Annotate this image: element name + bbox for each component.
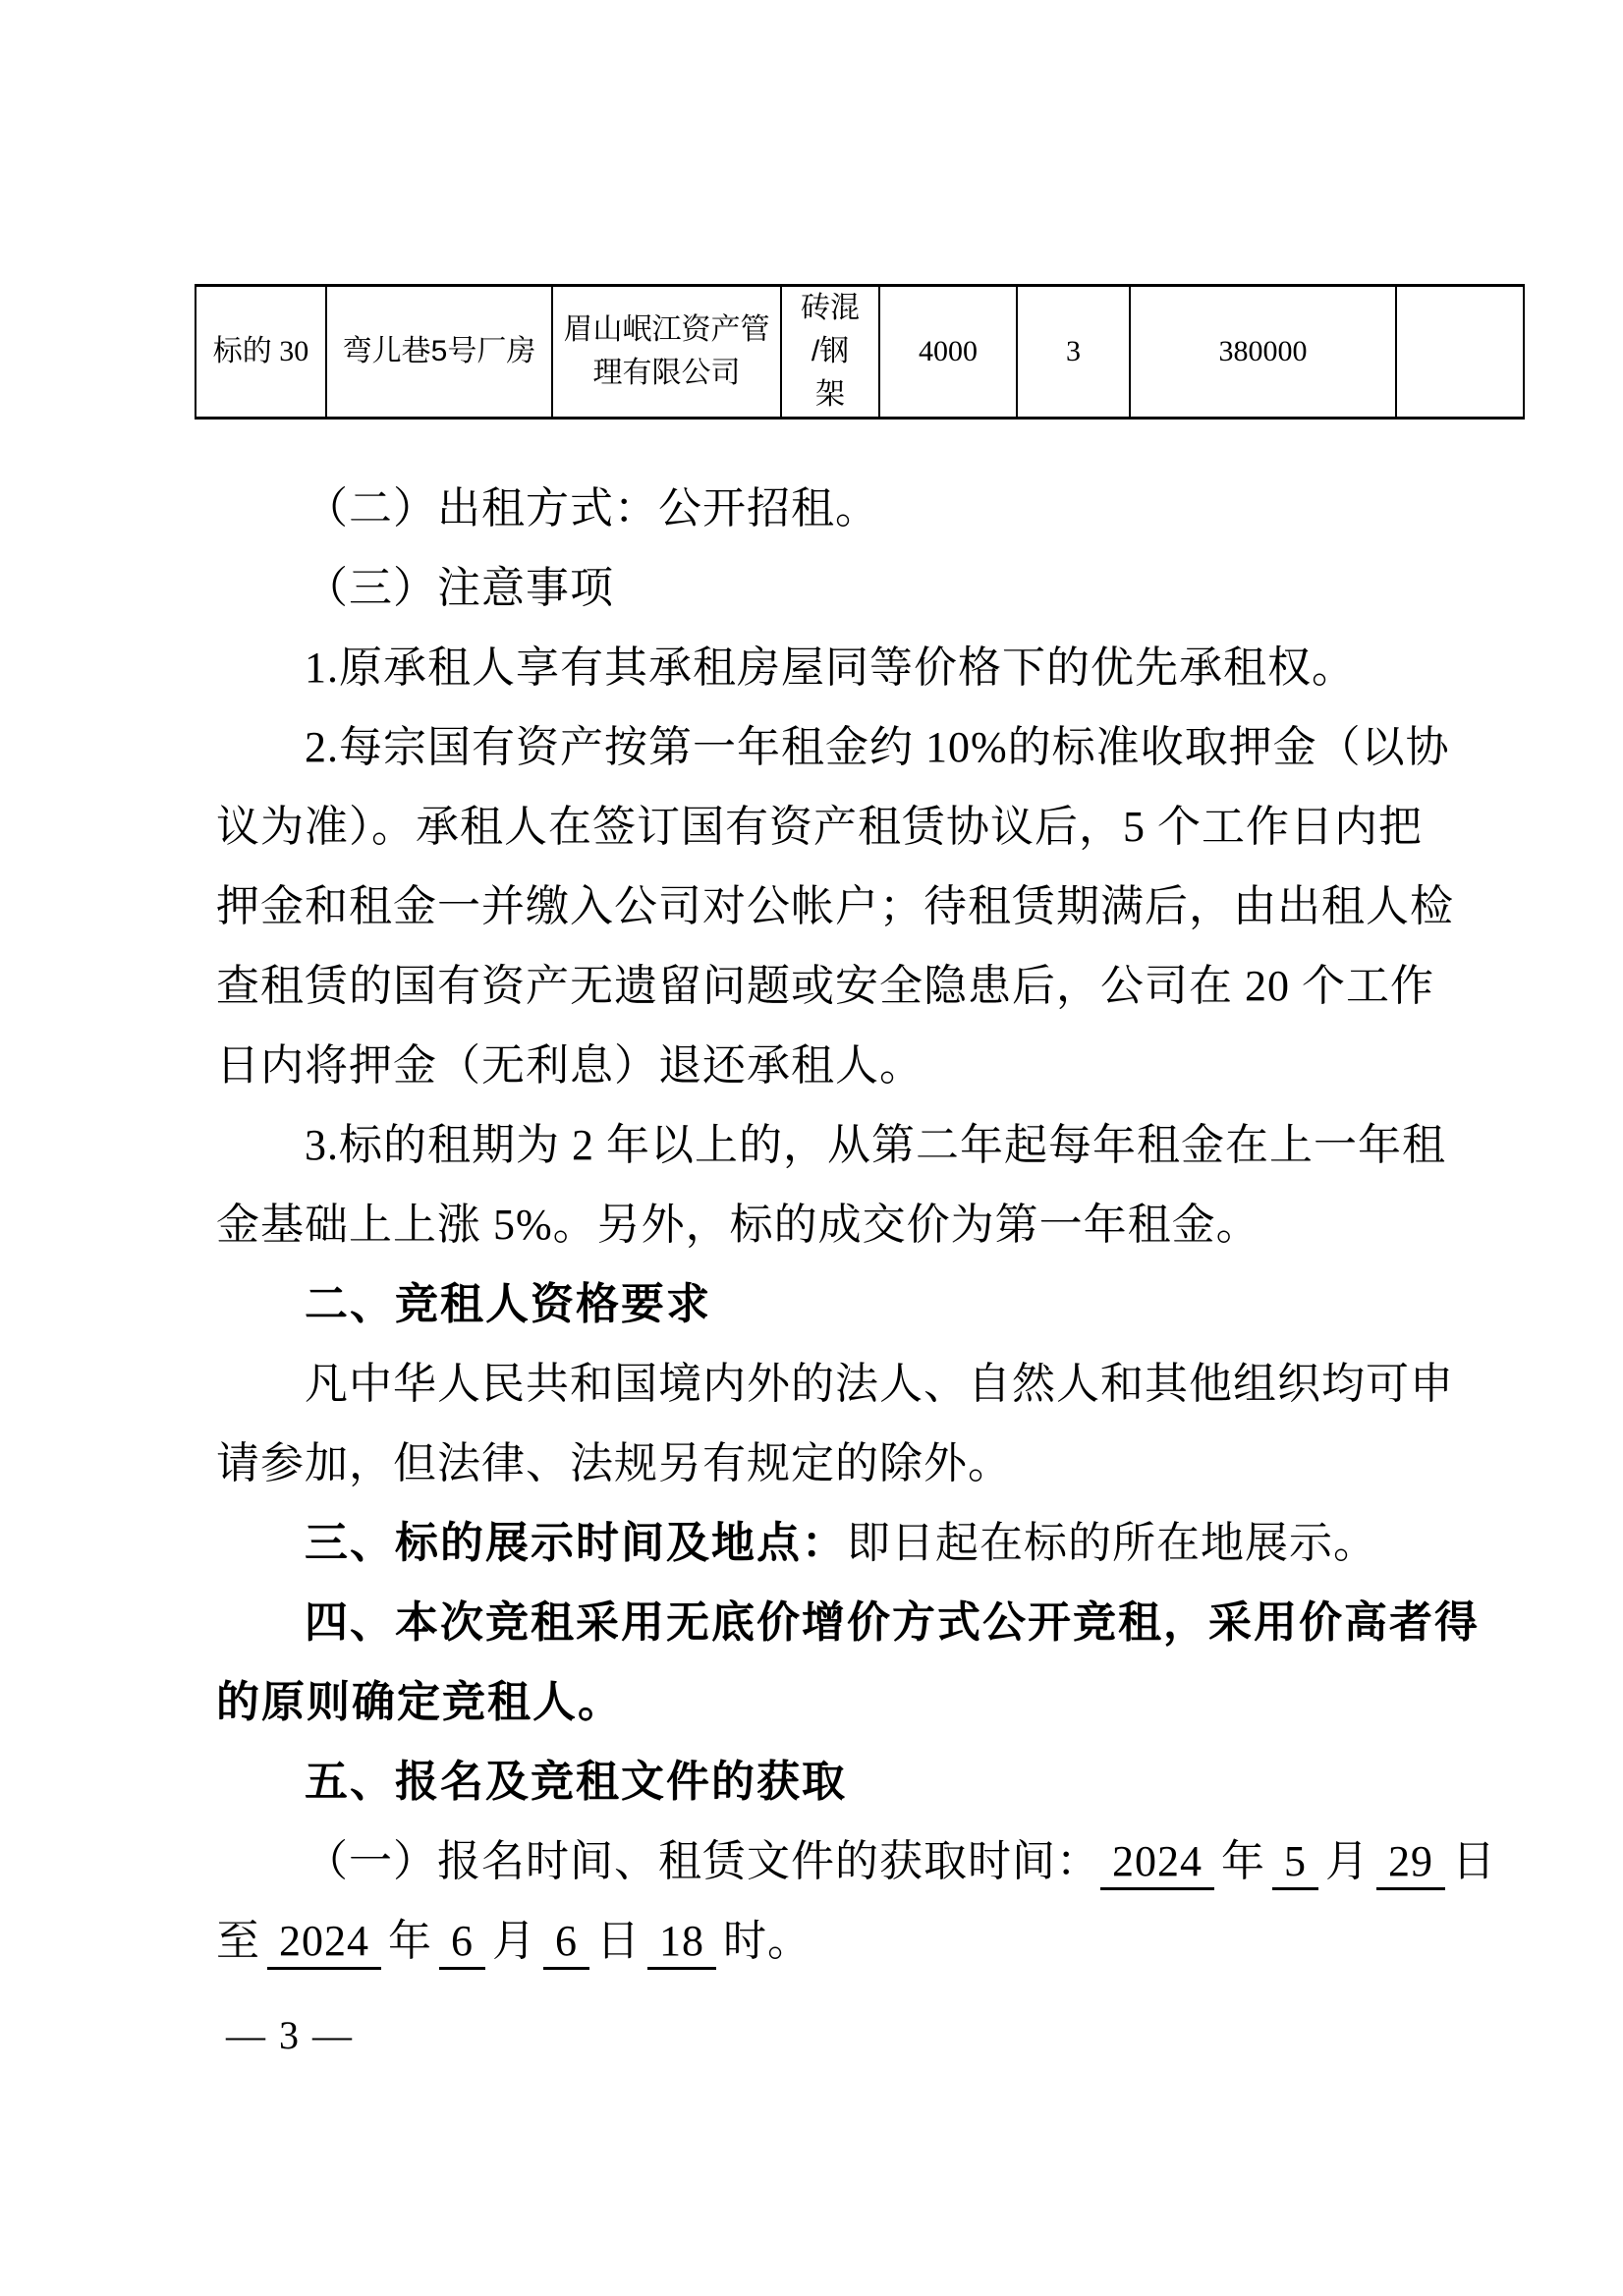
- signup-end-day-blank: 6: [543, 1917, 589, 1970]
- cell-structure: 砖混 /钢 架: [781, 286, 879, 419]
- note-3-line-1: 3.标的租期为 2 年以上的，从第二年起每年租金在上一年租: [216, 1105, 1483, 1185]
- signup-month-blank: 5: [1272, 1837, 1318, 1890]
- signup-month-label: 月: [1325, 1837, 1370, 1885]
- note-2-line-5: 日内将押金（无利息）退还承租人。: [216, 1026, 1483, 1105]
- note-2-line-3: 押金和租金一并缴入公司对公帐户；待租赁期满后，由出租人检: [216, 867, 1483, 946]
- signup-end-prefix: 至: [216, 1917, 260, 1965]
- heading-3-bold-part: 三、标的展示时间及地点：: [305, 1519, 847, 1567]
- para-signup-time-line-1: （一）报名时间、租赁文件的获取时间：2024年5月29日: [216, 1821, 1483, 1901]
- signup-end-hour-blank: 18: [647, 1917, 716, 1970]
- signup-year-label: 年: [1221, 1837, 1265, 1885]
- heading-4-line-2: 的原则确定竞租人。: [216, 1662, 1483, 1742]
- signup-end-hour-label: 时。: [723, 1917, 811, 1965]
- signup-year-blank: 2024: [1100, 1837, 1214, 1890]
- para-notes-title: （三）注意事项: [216, 548, 1483, 628]
- heading-3-display: 三、标的展示时间及地点：即日起在标的所在地展示。: [216, 1503, 1483, 1583]
- heading-4-line-1: 四、本次竞租采用无底价增价方式公开竞租，采用价高者得: [216, 1583, 1483, 1662]
- para-qualification-line-1: 凡中华人民共和国境内外的法人、自然人和其他组织均可申: [216, 1344, 1483, 1424]
- note-2-line-4: 查租赁的国有资产无遗留问题或安全隐患后，公司在 20 个工作: [216, 946, 1483, 1026]
- cell-asset-name: 弯儿巷5号厂房: [326, 286, 552, 419]
- cell-lot-id: 标的 30: [196, 286, 326, 419]
- signup-prefix: （一）报名时间、租赁文件的获取时间：: [305, 1837, 1100, 1885]
- cell-area: 4000: [879, 286, 1017, 419]
- note-2-line-2: 议为准）。承租人在签订国有资产租赁协议后，5 个工作日内把: [216, 787, 1483, 867]
- signup-end-month-blank: 6: [439, 1917, 485, 1970]
- page-number: — 3 —: [226, 2004, 354, 2067]
- note-3-line-2: 金基础上上涨 5%。另外，标的成交价为第一年租金。: [216, 1185, 1483, 1264]
- heading-5-signup: 五、报名及竞租文件的获取: [216, 1742, 1483, 1821]
- document-page: 标的 30 弯儿巷5号厂房 眉山岷江资产管 理有限公司 砖混 /钢 架 4000…: [0, 0, 1623, 2296]
- note-1: 1.原承租人享有其承租房屋同等价格下的优先承租权。: [216, 628, 1483, 707]
- cell-term: 3: [1017, 286, 1130, 419]
- signup-end-day-label: 日: [596, 1917, 641, 1965]
- signup-day-label: 日: [1452, 1837, 1496, 1885]
- note-2-line-1: 2.每宗国有资产按第一年租金约 10%的标准收取押金（以协: [216, 707, 1483, 787]
- signup-day-blank: 29: [1376, 1837, 1445, 1890]
- cell-owner: 眉山岷江资产管 理有限公司: [552, 286, 781, 419]
- heading-2-qualification: 二、竞租人资格要求: [216, 1264, 1483, 1344]
- assets-table: 标的 30 弯儿巷5号厂房 眉山岷江资产管 理有限公司 砖混 /钢 架 4000…: [195, 284, 1525, 420]
- signup-end-month-label: 月: [492, 1917, 536, 1965]
- para-qualification-line-2: 请参加，但法律、法规另有规定的除外。: [216, 1424, 1483, 1503]
- para-rent-method: （二）出租方式：公开招租。: [216, 469, 1483, 548]
- cell-price: 380000: [1130, 286, 1396, 419]
- para-signup-time-line-2: 至2024年6月6日18时。: [216, 1901, 1483, 1981]
- signup-end-year-blank: 2024: [267, 1917, 381, 1970]
- heading-3-regular-part: 即日起在标的所在地展示。: [847, 1519, 1377, 1567]
- signup-end-year-label: 年: [388, 1917, 432, 1965]
- table-row: 标的 30 弯儿巷5号厂房 眉山岷江资产管 理有限公司 砖混 /钢 架 4000…: [196, 286, 1524, 419]
- document-body: （二）出租方式：公开招租。 （三）注意事项 1.原承租人享有其承租房屋同等价格下…: [216, 469, 1483, 1981]
- cell-extra: [1396, 286, 1524, 419]
